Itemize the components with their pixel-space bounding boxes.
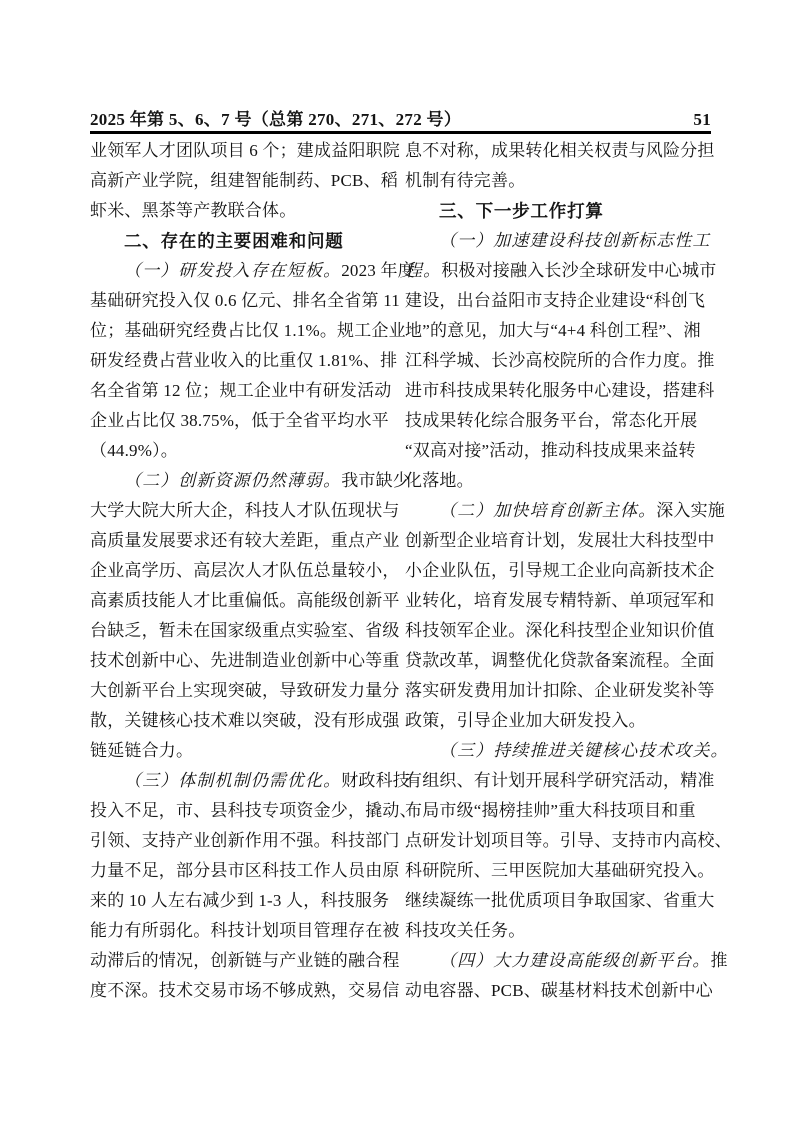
header-issue-info: 2025 年第 5、6、7 号（总第 270、271、272 号） [90,105,461,130]
text-line: 化落地。 [405,466,713,496]
body-text: 地”的意见，加大与“4+4 科创工程”、湘 [405,321,701,340]
body-text: 度不深。技术交易市场不够成熟，交易信 [90,981,400,1000]
body-text: 建设，出台益阳市支持企业建设“科创飞 [405,291,705,310]
text-line: 大创新平台上实现突破，导致研发力量分 [90,676,398,706]
section-heading: 二、存在的主要困难和问题 [124,231,344,251]
body-text: 我市缺少 [341,471,410,490]
text-line: 布局市级“揭榜挂帅”重大科技项目和重 [405,796,713,826]
column-left: 业领军人才团队项目 6 个；建成益阳职院高新产业学院，组建智能制药、PCB、稻虾… [90,136,398,1006]
paragraph-lead: （一）研发投入存在短板。 [124,261,341,280]
body-text: 动电容器、PCB、碳基材料技术创新中心 [405,981,713,1000]
text-line: 落实研发费用加计扣除、企业研发奖补等 [405,676,713,706]
text-line: 进市科技成果转化服务中心建设，搭建科 [405,376,713,406]
document-page: 2025 年第 5、6、7 号（总第 270、271、272 号） 51 业领军… [0,0,794,1122]
text-line: 动滞后的情况，创新链与产业链的融合程 [90,946,398,976]
body-text: 科技攻关任务。 [405,921,525,940]
text-line: （二）创新资源仍然薄弱。我市缺少 [90,466,398,496]
body-text: 业转化，培育发展专精特新、单项冠军和 [405,591,715,610]
body-text: 位；基础研究经费占比仅 1.1%。规工企业 [90,321,406,340]
header-page-number: 51 [693,110,711,130]
paragraph-lead: （三）体制机制仍需优化。 [124,771,341,790]
text-line: 技术创新中心、先进制造业创新中心等重 [90,646,398,676]
body-text: 科技领军企业。深化科技型企业知识价值 [405,621,715,640]
page-header: 2025 年第 5、6、7 号（总第 270、271、272 号） 51 [90,105,711,130]
body-text: 布局市级“揭榜挂帅”重大科技项目和重 [405,801,696,820]
text-line: 度不深。技术交易市场不够成熟，交易信 [90,976,398,1006]
body-text: 力量不足，部分县市区科技工作人员由原 [90,861,400,880]
text-line: 研发经费占营业收入的比重仅 1.81%、排 [90,346,398,376]
body-text: 落实研发费用加计扣除、企业研发奖补等 [405,681,715,700]
text-line: （一）研发投入存在短板。2023 年度 [90,256,398,286]
text-line: “双高对接”活动，推动科技成果来益转 [405,436,713,466]
body-text: 能力有所弱化。科技计划项目管理存在被 [90,921,400,940]
body-text: 继续凝练一批优质项目争取国家、省重大 [405,891,715,910]
body-text: 散，关键核心技术难以突破，没有形成强 [90,711,400,730]
body-text: 动滞后的情况，创新链与产业链的融合程 [90,951,400,970]
body-text: “双高对接”活动，推动科技成果来益转 [405,441,696,460]
paragraph-lead: （二）创新资源仍然薄弱。 [124,471,341,490]
text-line: 贷款改革，调整优化贷款备案流程。全面 [405,646,713,676]
body-text: 小企业队伍，引导规工企业向高新技术企 [405,561,715,580]
body-text: 贷款改革，调整优化贷款备案流程。全面 [405,651,715,670]
body-text: 创新型企业培育计划，发展壮大科技型中 [405,531,715,550]
body-text: 高素质技能人才比重偏低。高能级创新平 [90,591,400,610]
body-text: 进市科技成果转化服务中心建设，搭建科 [405,381,715,400]
text-line: 企业占比仅 38.75%，低于全省平均水平 [90,406,398,436]
text-line: 高素质技能人才比重偏低。高能级创新平 [90,586,398,616]
text-line: 程。积极对接融入长沙全球研发中心城市 [405,256,713,286]
body-text: 积极对接融入长沙全球研发中心城市 [441,261,716,280]
body-text: 息不对称，成果转化相关权责与风险分担 [405,141,715,160]
body-text: 台缺乏，暂未在国家级重点实验室、省级 [90,621,400,640]
body-text: 大学大院大所大企，科技人才队伍现状与 [90,501,400,520]
text-line: 科技攻关任务。 [405,916,713,946]
body-text: 化落地。 [405,471,474,490]
text-line: 引领、支持产业创新作用不强。科技部门 [90,826,398,856]
text-line: 动电容器、PCB、碳基材料技术创新中心 [405,976,713,1006]
text-line: 继续凝练一批优质项目争取国家、省重大 [405,886,713,916]
body-text: 机制有待完善。 [405,171,525,190]
body-text: 财政科技 [341,771,410,790]
body-text: 名全省第 12 位；规工企业中有研发活动 [90,381,392,400]
text-line: 机制有待完善。 [405,166,713,196]
text-line: 息不对称，成果转化相关权责与风险分担 [405,136,713,166]
body-text: 点研发计划项目等。引导、支持市内高校、 [405,831,732,850]
text-line: （三）持续推进关键核心技术攻关。 [405,736,713,766]
body-text: 技术创新中心、先进制造业创新中心等重 [90,651,400,670]
text-line: 业转化，培育发展专精特新、单项冠军和 [405,586,713,616]
text-line: （44.9%）。 [90,436,398,466]
text-line: 高新产业学院，组建智能制药、PCB、稻 [90,166,398,196]
text-line: 基础研究投入仅 0.6 亿元、排名全省第 11 [90,286,398,316]
text-line: 江科学城、长沙高校院所的合作力度。推 [405,346,713,376]
text-line: 三、下一步工作打算 [405,196,713,226]
text-line: 业领军人才团队项目 6 个；建成益阳职院 [90,136,398,166]
body-text: 来的 10 人左右减少到 1-3 人，科技服务 [90,891,389,910]
text-line: （一）加速建设科技创新标志性工 [405,226,713,256]
body-text: 链延链合力。 [90,741,193,760]
text-line: 科研院所、三甲医院加大基础研究投入。 [405,856,713,886]
paragraph-lead: 程。 [405,261,441,280]
body-text: （44.9%）。 [90,441,178,460]
body-text: 业领军人才团队项目 6 个；建成益阳职院 [90,141,400,160]
body-text: 基础研究投入仅 0.6 亿元、排名全省第 11 [90,291,400,310]
body-text: 高新产业学院，组建智能制药、PCB、稻 [90,171,398,190]
text-line: 企业高学历、高层次人才队伍总量较小， [90,556,398,586]
body-text: 2023 年度 [341,261,415,280]
body-text: 高质量发展要求还有较大差距，重点产业 [90,531,400,550]
body-text: 投入不足，市、县科技专项资金少，撬动、 [90,801,417,820]
column-right: 息不对称，成果转化相关权责与风险分担机制有待完善。三、下一步工作打算（一）加速建… [405,136,713,1006]
body-text: 深入实施 [656,501,725,520]
body-text: 科研院所、三甲医院加大基础研究投入。 [405,861,715,880]
body-text: 虾米、黑茶等产教联合体。 [90,201,296,220]
text-line: （三）体制机制仍需优化。财政科技 [90,766,398,796]
paragraph-lead: （一）加速建设科技创新标志性工 [439,231,711,250]
body-text: 企业占比仅 38.75%，低于全省平均水平 [90,411,389,430]
text-line: 创新型企业培育计划，发展壮大科技型中 [405,526,713,556]
text-line: 力量不足，部分县市区科技工作人员由原 [90,856,398,886]
text-line: 小企业队伍，引导规工企业向高新技术企 [405,556,713,586]
body-text: 推 [711,951,728,970]
text-line: 链延链合力。 [90,736,398,766]
text-line: 大学大院大所大企，科技人才队伍现状与 [90,496,398,526]
paragraph-lead: （四）大力建设高能级创新平台。 [439,951,711,970]
text-line: 投入不足，市、县科技专项资金少，撬动、 [90,796,398,826]
text-line: 有组织、有计划开展科学研究活动，精准 [405,766,713,796]
body-text: 政策，引导企业加大研发投入。 [405,711,646,730]
body-text: 江科学城、长沙高校院所的合作力度。推 [405,351,715,370]
text-line: 来的 10 人左右减少到 1-3 人，科技服务 [90,886,398,916]
header-rule [90,131,711,134]
text-line: 散，关键核心技术难以突破，没有形成强 [90,706,398,736]
body-text: 引领、支持产业创新作用不强。科技部门 [90,831,400,850]
text-line: 二、存在的主要困难和问题 [90,226,398,256]
text-line: （四）大力建设高能级创新平台。推 [405,946,713,976]
body-text: 技成果转化综合服务平台，常态化开展 [405,411,697,430]
paragraph-lead: （二）加快培育创新主体。 [439,501,656,520]
text-line: （二）加快培育创新主体。深入实施 [405,496,713,526]
text-line: 虾米、黑茶等产教联合体。 [90,196,398,226]
text-line: 政策，引导企业加大研发投入。 [405,706,713,736]
text-line: 建设，出台益阳市支持企业建设“科创飞 [405,286,713,316]
body-text: 大创新平台上实现突破，导致研发力量分 [90,681,400,700]
text-line: 技成果转化综合服务平台，常态化开展 [405,406,713,436]
section-heading: 三、下一步工作打算 [439,201,604,221]
body-text: 企业高学历、高层次人才队伍总量较小， [90,561,400,580]
paragraph-lead: （三）持续推进关键核心技术攻关。 [439,741,729,760]
body-text: 有组织、有计划开展科学研究活动，精准 [405,771,715,790]
text-line: 名全省第 12 位；规工企业中有研发活动 [90,376,398,406]
text-line: 点研发计划项目等。引导、支持市内高校、 [405,826,713,856]
text-line: 科技领军企业。深化科技型企业知识价值 [405,616,713,646]
text-line: 高质量发展要求还有较大差距，重点产业 [90,526,398,556]
text-line: 地”的意见，加大与“4+4 科创工程”、湘 [405,316,713,346]
text-line: 台缺乏，暂未在国家级重点实验室、省级 [90,616,398,646]
text-line: 能力有所弱化。科技计划项目管理存在被 [90,916,398,946]
body-text: 研发经费占营业收入的比重仅 1.81%、排 [90,351,397,370]
text-line: 位；基础研究经费占比仅 1.1%。规工企业 [90,316,398,346]
